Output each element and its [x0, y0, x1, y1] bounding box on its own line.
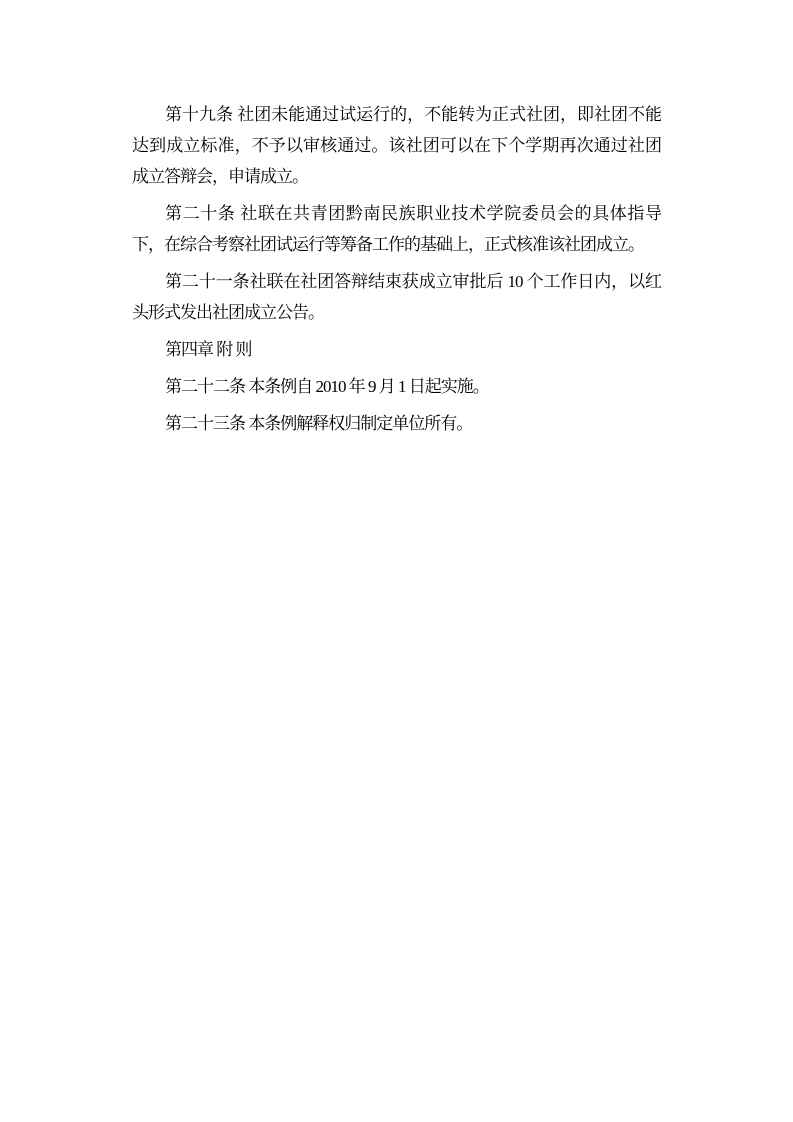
paragraph-article-21: 第二十一条社联在社团答辩结束获成立审批后 10 个工作日内，以红 头形式发出社团… [132, 266, 661, 328]
paragraph-article-22: 第二十二条 本条例自 2010 年 9 月 1 日起实施。 [132, 371, 661, 402]
document-page: 第十九条 社团未能通过试运行的，不能转为正式社团，即社团不能 达到成立标准，不予… [0, 0, 793, 1122]
text-line: 下，在综合考察社团试运行等筹备工作的基础上，正式核准该社团成立。 [132, 229, 661, 260]
text-line: 第二十条 社联在共青团黔南民族职业技术学院委员会的具体指导 [132, 198, 661, 229]
text-line: 第二十二条 本条例自 2010 年 9 月 1 日起实施。 [132, 371, 661, 402]
text-line: 第二十三条 本条例解释权归制定单位所有。 [132, 408, 661, 439]
text-line: 成立答辩会，申请成立。 [132, 161, 661, 192]
paragraph-article-23: 第二十三条 本条例解释权归制定单位所有。 [132, 408, 661, 439]
paragraph-article-19: 第十九条 社团未能通过试运行的，不能转为正式社团，即社团不能 达到成立标准，不予… [132, 99, 661, 192]
text-line: 头形式发出社团成立公告。 [132, 297, 661, 328]
chapter-4-heading: 第四章 附 则 [132, 334, 661, 365]
text-line: 达到成立标准，不予以审核通过。该社团可以在下个学期再次通过社团 [132, 130, 661, 161]
heading-line: 第四章 附 则 [132, 334, 661, 365]
text-line: 第二十一条社联在社团答辩结束获成立审批后 10 个工作日内，以红 [132, 266, 661, 297]
paragraph-article-20: 第二十条 社联在共青团黔南民族职业技术学院委员会的具体指导 下，在综合考察社团试… [132, 198, 661, 260]
text-line: 第十九条 社团未能通过试运行的，不能转为正式社团，即社团不能 [132, 99, 661, 130]
